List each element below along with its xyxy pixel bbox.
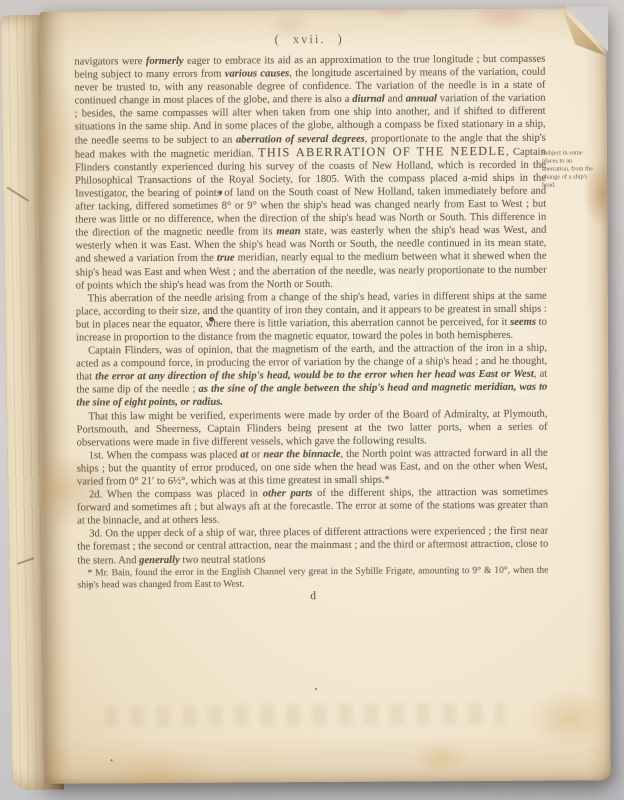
text-segment: formerly [146,56,184,67]
text-segment: aberration of several degrees [236,133,365,145]
text-segment: two neutral stations [180,554,266,566]
paragraph: navigators were formerly eager to embrac… [74,53,546,293]
ink-blot [209,317,214,322]
text-segment: seems [510,317,536,328]
text-segment: or [248,449,263,460]
paragraph: That this law might be verified, experim… [76,407,547,449]
book-photo: ( xvii. ) navigators were formerly eager… [0,0,624,800]
paragraph: Captain Flinders, was of opinion, that t… [76,342,547,410]
text-segment: 1st. When the compass was placed [89,449,241,461]
ink-speck [315,688,317,690]
ink-speck [111,759,113,761]
show-through-text-ghost [104,703,504,727]
text-segment: This aberration of the needle arising fr… [76,290,547,330]
dog-ear-corner-cut [562,6,608,58]
text-segment: THIS ABERRATION OF THE NEEDLE [258,144,506,160]
book-page: ( xvii. ) navigators were formerly eager… [40,8,611,783]
text-segment: diurnal [352,94,384,105]
text-segment: annual [406,94,437,105]
red-speck [88,583,91,586]
text-segment: various causes [225,68,290,79]
text-segment: and [385,94,406,105]
paper-fiber-mark [17,557,35,565]
footnote: * Mr. Bain, found the error in the Engli… [77,564,548,591]
paragraph: 3d. On the upper deck of a ship of war, … [77,525,548,567]
paragraph: 1st. When the compass was placed at or n… [77,446,548,488]
text-segment: That this law might be verified, experim… [77,408,548,448]
margin-note: Subject in some places to an aberration,… [542,149,594,189]
text-segment: other parts [263,488,313,499]
paper-fiber-mark [6,186,29,202]
text-segment: mean [276,226,300,237]
body-text: navigators were formerly eager to embrac… [74,53,548,605]
ink-blot [219,191,222,195]
text-segment: generally [139,554,180,565]
text-segment: navigators were [74,56,146,67]
text-segment: true [217,253,235,264]
text-segment: near the binnacle [263,449,340,460]
paragraph: 2d. When the compass was placed in other… [77,486,548,528]
text-segment: the error at any direction of the ship's… [95,369,534,383]
text-segment: at [240,449,248,460]
paragraph: This aberration of the needle arising fr… [76,289,547,344]
page-number-header: ( xvii. ) [74,31,544,49]
text-segment: 2d. When the compass was placed in [89,488,263,500]
